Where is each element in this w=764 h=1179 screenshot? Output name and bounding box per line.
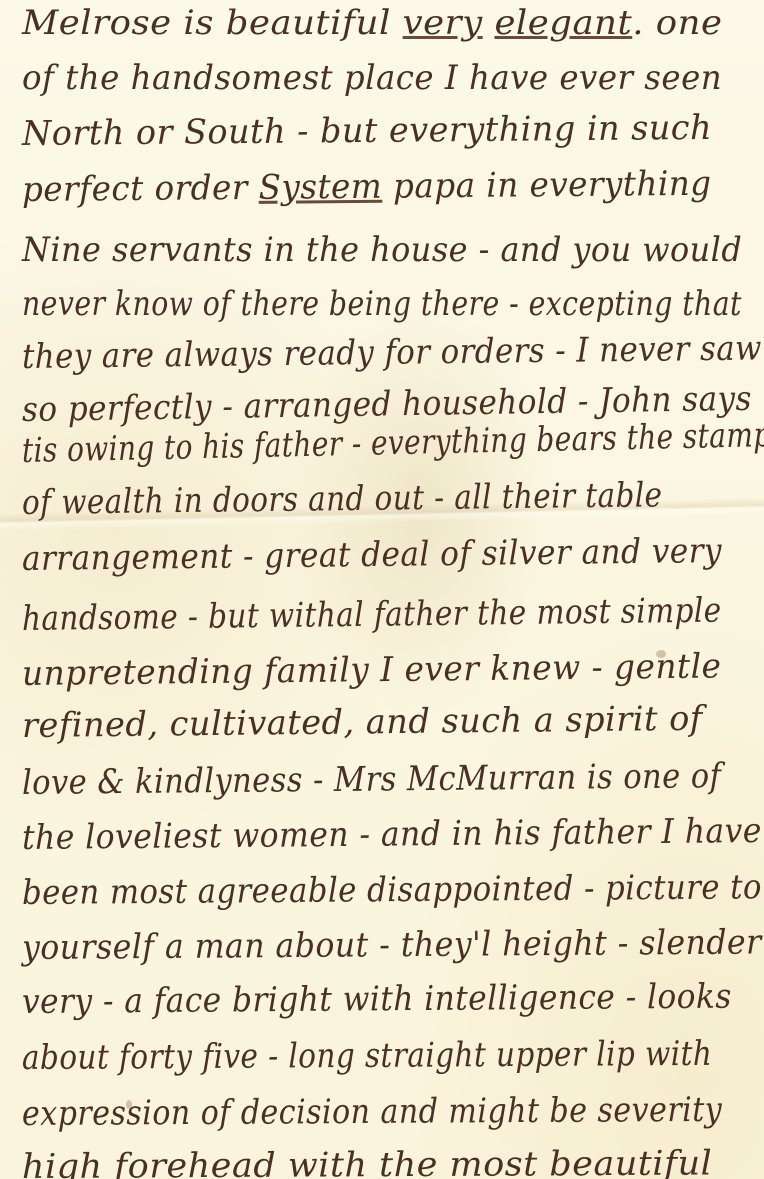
- text-segment: arrangement - great deal of silver and v…: [22, 531, 722, 579]
- text-segment: love & kindlyness - Mrs McMurran is one …: [22, 756, 722, 803]
- text-segment: high forehead with the most beautiful: [22, 1143, 712, 1179]
- handwritten-line: refined, cultivated, and such a spirit o…: [22, 702, 703, 743]
- handwritten-line: Melrose is beautiful very elegant. one: [22, 6, 722, 40]
- handwritten-line: high forehead with the most beautiful: [22, 1146, 712, 1179]
- text-segment: handsome - but withal father the most si…: [22, 591, 722, 639]
- handwritten-line: about forty five - long straight upper l…: [22, 1037, 712, 1075]
- text-segment: refined, cultivated, and such a spirit o…: [22, 699, 703, 746]
- text-segment: very - a face bright with intelligence -…: [22, 977, 732, 1022]
- text-segment: papa in everything: [382, 164, 712, 207]
- text-segment: the loveliest women - and in his father …: [22, 811, 762, 858]
- handwritten-line: handsome - but withal father the most si…: [22, 594, 722, 636]
- handwritten-line: they are always ready for orders - I nev…: [22, 331, 762, 374]
- text-segment: Nine servants in the house - and you wou…: [22, 230, 742, 270]
- handwritten-line: yourself a man about - they'l height - s…: [22, 925, 762, 965]
- text-segment: expression of decision and might be seve…: [22, 1090, 722, 1134]
- text-segment: Melrose is beautiful: [22, 3, 403, 43]
- handwritten-line: unpretending family I ever knew - gentle: [22, 649, 722, 691]
- text-segment: yourself a man about - they'l height - s…: [22, 922, 762, 968]
- text-segment: [483, 3, 495, 43]
- text-segment: about forty five - long straight upper l…: [22, 1034, 712, 1078]
- handwritten-line: perfect order System papa in everything: [22, 167, 712, 207]
- text-segment: unpretending family I ever knew - gentle: [22, 646, 722, 694]
- underlined-word: elegant: [494, 3, 632, 43]
- text-segment: of wealth in doors and out - all their t…: [22, 475, 663, 523]
- handwritten-line: arrangement - great deal of silver and v…: [22, 534, 722, 576]
- handwritten-line: of wealth in doors and out - all their t…: [22, 478, 663, 520]
- text-segment: never know of there being there - except…: [22, 284, 742, 324]
- underlined-word: System: [258, 167, 382, 208]
- handwritten-line: never know of there being there - except…: [22, 287, 742, 321]
- text-segment: been most agreeable disappointed - pictu…: [22, 867, 762, 913]
- handwritten-line: expression of decision and might be seve…: [22, 1093, 722, 1131]
- text-segment: North or South - but everything in such: [22, 108, 712, 154]
- handwritten-line: love & kindlyness - Mrs McMurran is one …: [22, 759, 722, 800]
- handwritten-line: the loveliest women - and in his father …: [22, 814, 762, 855]
- text-segment: they are always ready for orders - I nev…: [22, 328, 762, 377]
- underlined-word: very: [403, 3, 483, 43]
- text-segment: of the handsomest place I have ever seen: [22, 58, 722, 98]
- handwritten-line: North or South - but everything in such: [22, 111, 712, 151]
- handwritten-line: Nine servants in the house - and you wou…: [22, 233, 742, 267]
- handwritten-line: of the handsomest place I have ever seen: [22, 61, 722, 95]
- text-segment: . one: [632, 3, 722, 43]
- handwritten-line: been most agreeable disappointed - pictu…: [22, 870, 762, 910]
- letter-page: Melrose is beautiful very elegant. oneof…: [0, 0, 764, 1179]
- text-segment: perfect order: [22, 168, 259, 210]
- handwritten-line: very - a face bright with intelligence -…: [22, 980, 732, 1019]
